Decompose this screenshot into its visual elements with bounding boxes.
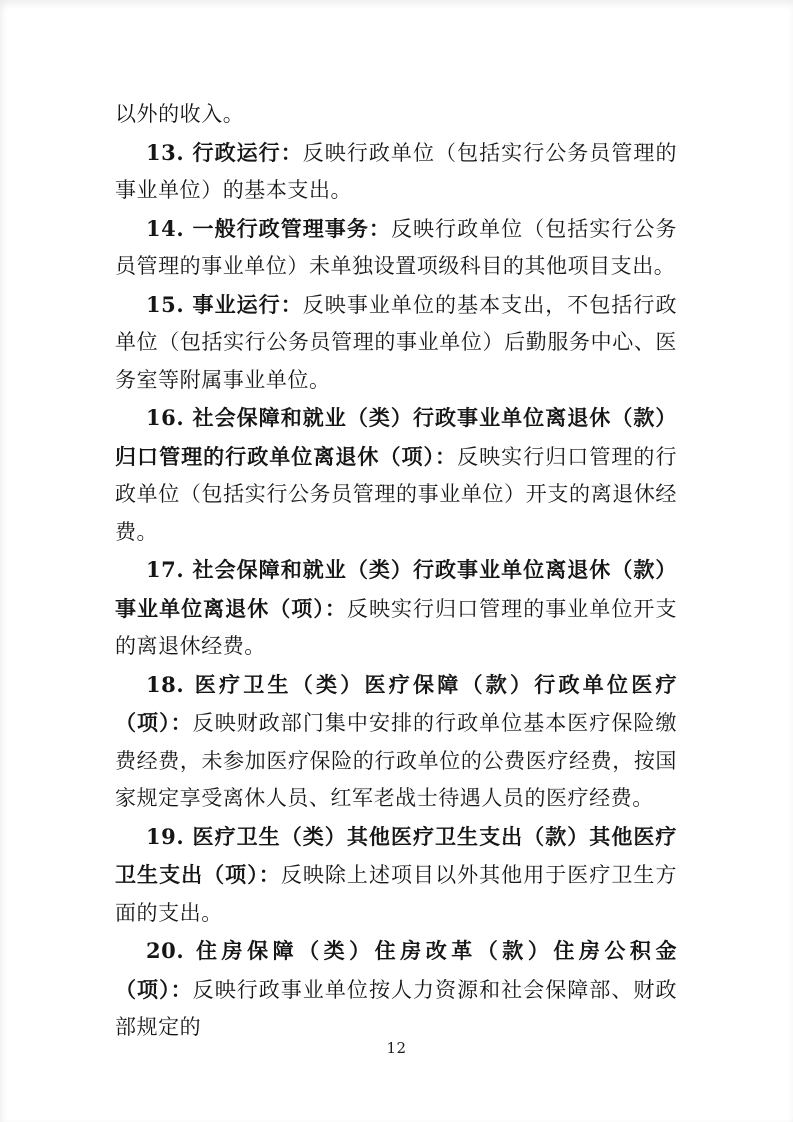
page-footer: 12 (0, 1038, 793, 1057)
definition-item-16: 16. 社会保障和就业（类）行政事业单位离退休（款）归口管理的行政单位离退休（项… (115, 399, 677, 551)
definition-item-18: 18. 医疗卫生（类）医疗保障（款）行政单位医疗（项）：反映财政部门集中安排的行… (115, 666, 677, 818)
definition-item-19: 19. 医疗卫生（类）其他医疗卫生支出（款）其他医疗卫生支出（项）：反映除上述项… (115, 818, 677, 933)
term-definition: 反映财政部门集中安排的行政单位基本医疗保险缴费经费，未参加医疗保险的行政单位的公… (115, 711, 677, 810)
document-page: { "page": { "number": "12", "continuatio… (0, 0, 793, 1122)
continuation-paragraph: 以外的收入。 (115, 96, 677, 134)
term-label: 14. 一般行政管理事务： (146, 216, 391, 241)
page-number: 12 (386, 1039, 406, 1057)
definition-item-13: 13. 行政运行：反映行政单位（包括实行公务员管理的事业单位）的基本支出。 (115, 134, 677, 210)
term-label: 13. 行政运行： (146, 140, 303, 165)
text-block: 以外的收入。 13. 行政运行：反映行政单位（包括实行公务员管理的事业单位）的基… (115, 96, 677, 1047)
definition-item-15: 15. 事业运行：反映事业单位的基本支出，不包括行政单位（包括实行公务员管理的事… (115, 286, 677, 400)
term-definition: 反映行政事业单位按人力资源和社会保障部、财政部规定的 (115, 978, 677, 1040)
continuation-text: 以外的收入。 (115, 102, 244, 126)
definition-item-20: 20. 住房保障（类）住房改革（款）住房公积金（项）：反映行政事业单位按人力资源… (115, 932, 677, 1047)
term-label: 15. 事业运行： (146, 292, 303, 317)
definition-item-17: 17. 社会保障和就业（类）行政事业单位离退休（款）事业单位离退休（项）：反映实… (115, 551, 677, 666)
definition-item-14: 14. 一般行政管理事务：反映行政单位（包括实行公务员管理的事业单位）未单独设置… (115, 210, 677, 286)
